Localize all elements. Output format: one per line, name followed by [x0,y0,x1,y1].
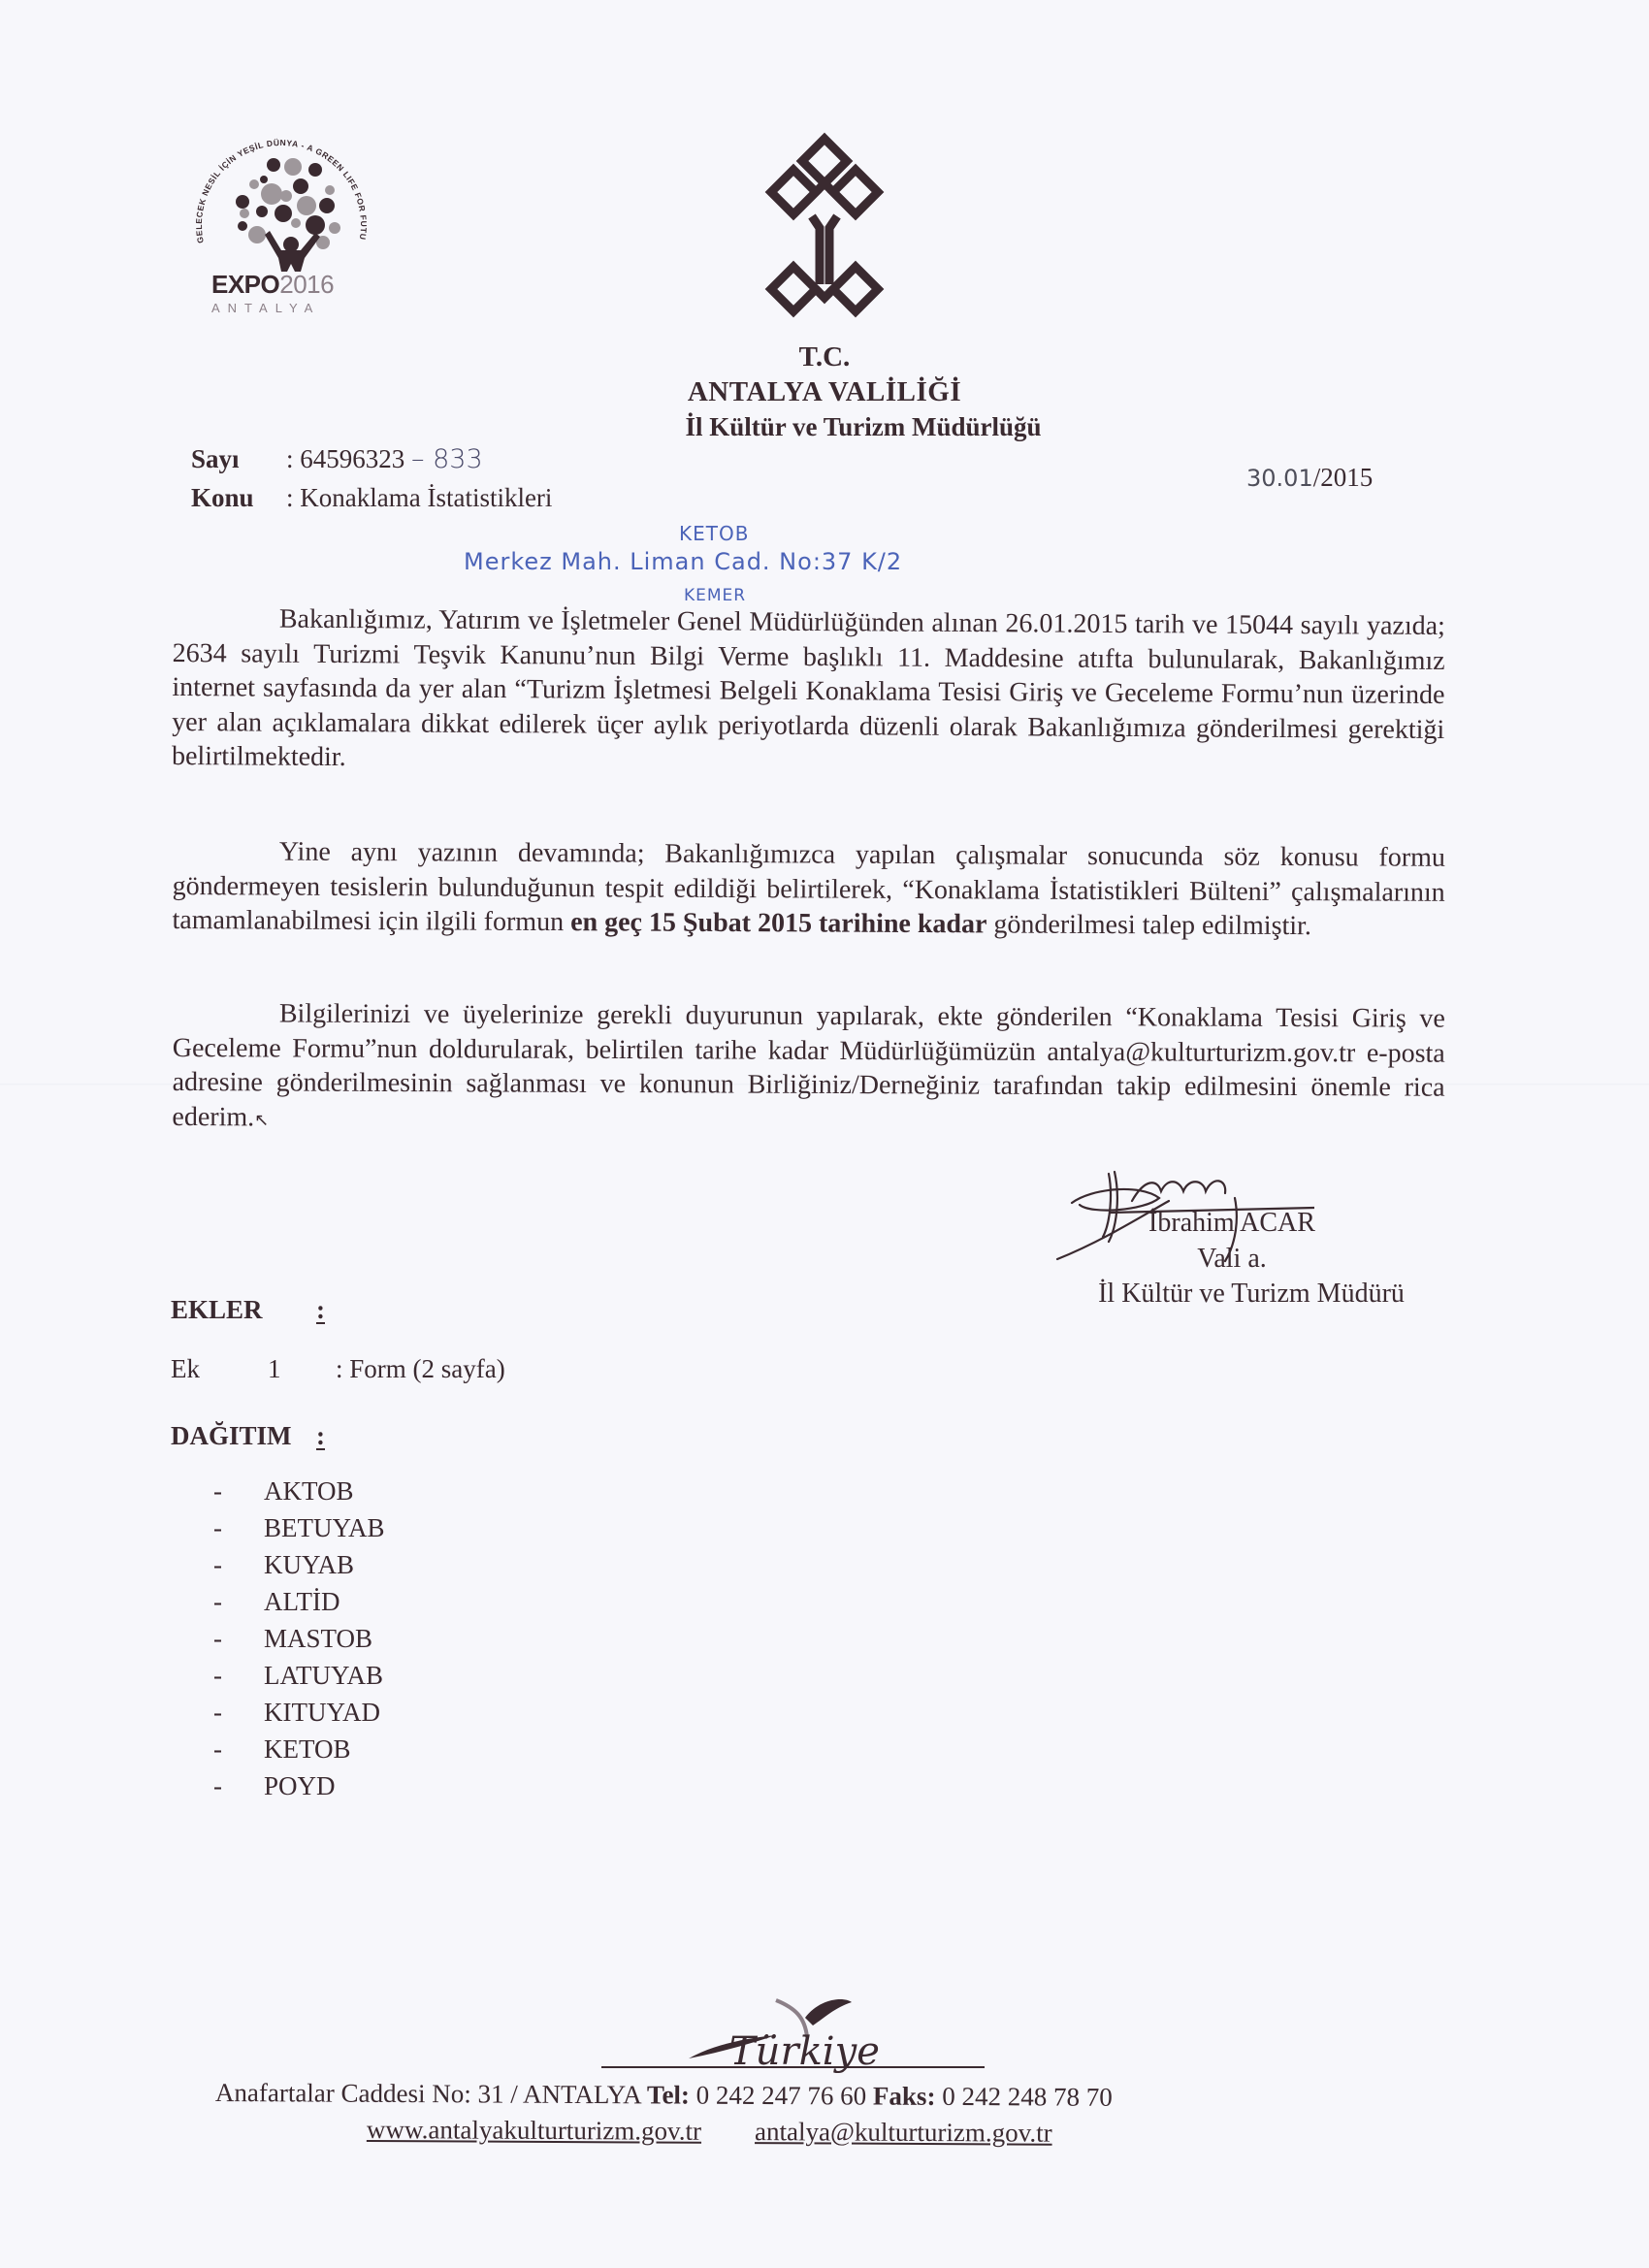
konu-value: : Konaklama İstatistikleri [286,483,552,512]
signatory-title-1: Vali a. [1086,1244,1377,1275]
date-printed: /2015 [1313,463,1374,492]
reference-number: Sayı: 64596323 – 833 [191,444,483,474]
sayi-handwritten: – 833 [411,444,483,474]
signatory-name: İbrahim ACAR [1086,1208,1377,1239]
attachment-desc: : Form (2 sayfa) [336,1354,505,1383]
sayi-label: Sayı [191,444,286,474]
signatory-title-2: İl Kültür ve Turizm Müdürü [1057,1279,1445,1310]
distribution-item: -KITUYAD [213,1694,385,1731]
date-handwritten: 30.01 [1246,465,1313,492]
pen-mark-icon: ↖ [254,1110,269,1130]
deadline-text: en geç 15 Şubat 2015 tarihine kadar [570,907,987,939]
header-line-mudurluk: İl Kültür ve Turizm Müdürlüğü [39,412,1649,442]
distribution-item: -POYD [213,1767,385,1804]
distribution-item: -BETUYAB [213,1509,385,1546]
footer-links: www.antalyakulturturizm.gov.trantalya@ku… [367,2115,1052,2149]
turkiye-tulip-logo-icon: Türkiye [669,1989,912,2076]
attachment-label: Ek [171,1354,268,1384]
footer-address: Anafartalar Caddesi No: 31 / ANTALYA Tel… [215,2078,1113,2113]
distribution-item: -ALTİD [213,1583,385,1620]
header-line-valilik: ANTALYA VALİLİĞİ [0,376,1649,408]
phone-number: 0 242 247 76 60 [696,2081,867,2111]
expo-wordmark: EXPO2016 [211,270,334,300]
footer-divider [601,2066,985,2068]
body-paragraph-1: Bakanlığımız, Yatırım ve İşletmeler Gene… [172,601,1445,782]
annotation-line-2: Merkez Mah. Liman Cad. No:37 K/2 [464,548,902,575]
attachments-heading: EKLER: [171,1295,325,1325]
attachment-item: Ek1: Form (2 sayfa) [171,1354,505,1384]
expo-city: ANTALYA [211,301,320,315]
expo-2016-logo: GELECEK NESİL İÇİN YEŞİL DÜNYA - A GREEN… [184,126,378,330]
distribution-item: -AKTOB [213,1473,385,1509]
subject-line: Konu: Konaklama İstatistikleri [191,483,552,513]
distribution-item: -KUYAB [213,1546,385,1583]
annotation-line-3: KEMER [684,586,746,605]
sayi-value: : 64596323 [286,444,404,473]
body-paragraph-3: Bilgilerinizi ve üyelerinize gerekli duy… [172,996,1445,1143]
distribution-list: -AKTOB -BETUYAB -KUYAB -ALTİD -MASTOB -L… [213,1473,385,1804]
attachment-number: 1 [268,1354,336,1384]
annotation-line-1: KETOB [679,522,749,545]
konu-label: Konu [191,483,286,513]
distribution-item: -LATUYAB [213,1657,385,1694]
knot-emblem-icon [761,131,888,325]
email-link[interactable]: antalya@kulturturizm.gov.tr [755,2117,1052,2148]
distribution-item: -MASTOB [213,1620,385,1657]
distribution-heading: DAĞITIM: [171,1421,325,1451]
document-date: 30.01/2015 [1246,463,1373,493]
body-paragraph-2: Yine aynı yazının devamında; Bakanlığımı… [172,834,1445,944]
website-link[interactable]: www.antalyakulturturizm.gov.tr [367,2115,701,2146]
fax-number: 0 242 248 78 70 [942,2082,1113,2112]
expo-tree-icon: GELECEK NESİL İÇİN YEŞİL DÜNYA - A GREEN… [184,126,378,272]
header-line-tc: T.C. [0,341,1649,373]
distribution-item: -KETOB [213,1731,385,1767]
